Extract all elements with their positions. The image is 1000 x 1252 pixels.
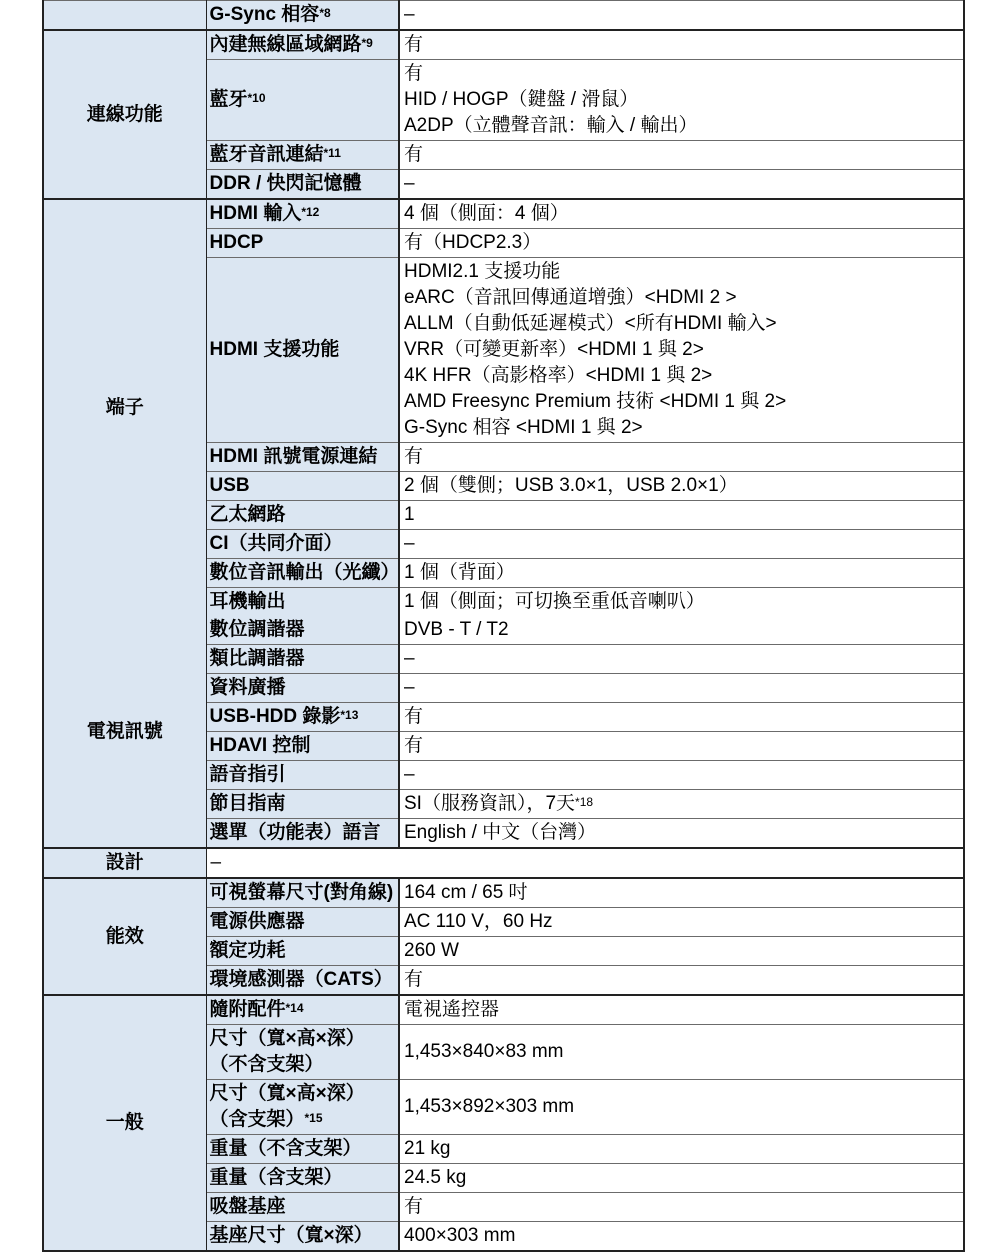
footnote-marker: *13 <box>340 708 358 722</box>
spec-name-cell: G-Sync 相容*8 <box>206 1 399 31</box>
spec-value-cell: 電視遙控器 <box>399 995 964 1025</box>
spec-value-text: – <box>404 675 959 701</box>
spec-value-text: 24.5 kg <box>404 1165 959 1191</box>
spec-value-cell: 有 <box>399 1193 964 1222</box>
category-label: 一般 <box>48 1110 202 1136</box>
category-label: 連線功能 <box>48 102 202 128</box>
footnote-marker: *8 <box>319 6 330 20</box>
spec-name-cell: 語音指引 <box>206 761 399 790</box>
category-cell: 連線功能 <box>43 30 206 199</box>
spec-value-text: – <box>404 531 959 557</box>
spec-name-cell: 藍牙*10 <box>206 60 399 141</box>
table-row: 設計– <box>43 848 964 878</box>
category-cell <box>43 1 206 31</box>
footnote-marker: *9 <box>362 36 373 50</box>
spec-value-text: – <box>404 2 959 28</box>
spec-name-cell: HDCP <box>206 229 399 258</box>
category-label: 電視訊號 <box>48 719 202 745</box>
footnote-marker: *14 <box>286 1001 304 1015</box>
spec-value-cell: – <box>399 1 964 31</box>
spec-name-cell: USB-HDD 錄影*13 <box>206 703 399 732</box>
category-cell: 設計 <box>43 848 206 878</box>
spec-value-text: 1 個（側面；可切換至重低音喇叭） <box>404 589 959 615</box>
spec-value-text: G-Sync 相容 <HDMI 1 與 2> <box>404 415 959 441</box>
spec-value-text: eARC（音訊回傳通道增強）<HDMI 2 > <box>404 285 959 311</box>
spec-value-text: 1 個（背面） <box>404 560 959 586</box>
spec-name-cell: 尺寸（寬×高×深）（含支架）*15 <box>206 1080 399 1135</box>
table-row: G-Sync 相容*8– <box>43 1 964 31</box>
spec-name-text: （含支架）*15 <box>210 1107 399 1133</box>
spec-value-cell: 有 <box>399 30 964 60</box>
spec-value-text: HID / HOGP（鍵盤 / 滑鼠） <box>404 87 959 113</box>
spec-value-text: ALLM（自動低延遲模式）<所有HDMI 輸入> <box>404 311 959 337</box>
spec-name-text: DDR / 快閃記憶體 <box>210 171 399 197</box>
spec-value-text: AMD Freesync Premium 技術 <HDMI 1 與 2> <box>404 389 959 415</box>
spec-value-text: 2 個（雙側；USB 3.0×1，USB 2.0×1） <box>404 473 959 499</box>
table-row: 電視訊號數位調諧器DVB - T / T2 <box>43 616 964 645</box>
spec-name-text: 可視螢幕尺寸(對角線) <box>210 880 399 906</box>
spec-value-text: English / 中文（台灣） <box>404 820 959 846</box>
spec-name-cell: 尺寸（寬×高×深）（不含支架） <box>206 1025 399 1080</box>
table-row: 連線功能內建無線區域網路*9有 <box>43 30 964 60</box>
spec-value-text: AC 110 V，60 Hz <box>404 909 959 935</box>
spec-value-cell: 260 W <box>399 937 964 966</box>
spec-value-text: 164 cm / 65 吋 <box>404 880 959 906</box>
category-cell: 能效 <box>43 878 206 995</box>
spec-name-text: USB <box>210 473 399 499</box>
spec-name-text: USB-HDD 錄影*13 <box>210 704 399 730</box>
spec-value-text: DVB - T / T2 <box>404 617 959 643</box>
spec-value-text: 1 <box>404 502 959 528</box>
spec-value-cell: – <box>399 761 964 790</box>
spec-value-cell: SI（服務資訊），7天*18 <box>399 790 964 819</box>
spec-merged-cell: – <box>206 848 964 878</box>
spec-name-text: 乙太網路 <box>210 502 399 528</box>
footnote-marker: *15 <box>305 1111 323 1125</box>
spec-name-text: 藍牙音訊連結*11 <box>210 142 399 168</box>
spec-value-cell: HDMI2.1 支援功能eARC（音訊回傳通道增強）<HDMI 2 >ALLM（… <box>399 258 964 443</box>
spec-value-cell: 有（HDCP2.3） <box>399 229 964 258</box>
spec-name-text: CI（共同介面） <box>210 531 399 557</box>
category-label: 設計 <box>48 850 202 876</box>
spec-name-text: 吸盤基座 <box>210 1194 399 1220</box>
footnote-marker: *11 <box>324 146 341 160</box>
spec-value-text: A2DP（立體聲音訊：輸入 / 輸出） <box>404 113 959 139</box>
spec-value-text: 有 <box>404 1194 959 1220</box>
spec-value-text: 有 <box>404 61 959 87</box>
spec-value-text: 有 <box>404 444 959 470</box>
spec-name-cell: 數位調諧器 <box>206 616 399 645</box>
spec-value-text: 260 W <box>404 938 959 964</box>
spec-name-cell: 重量（不含支架） <box>206 1135 399 1164</box>
spec-name-text: 重量（不含支架） <box>210 1136 399 1162</box>
spec-value-cell: 164 cm / 65 吋 <box>399 878 964 908</box>
spec-name-text: 隨附配件*14 <box>210 997 399 1023</box>
spec-value-cell: – <box>399 530 964 559</box>
spec-name-cell: DDR / 快閃記憶體 <box>206 170 399 200</box>
spec-value-cell: – <box>399 170 964 200</box>
spec-name-text: HDMI 輸入*12 <box>210 201 399 227</box>
spec-name-text: 選單（功能表）語言 <box>210 820 399 846</box>
spec-name-text: G-Sync 相容*8 <box>210 2 399 28</box>
spec-name-cell: 藍牙音訊連結*11 <box>206 141 399 170</box>
spec-name-text: 耳機輸出 <box>210 589 399 615</box>
spec-name-text: 內建無線區域網路*9 <box>210 32 399 58</box>
spec-value-cell: 4 個（側面：4 個） <box>399 199 964 229</box>
spec-name-cell: 環境感測器（CATS） <box>206 966 399 996</box>
spec-value-cell: 400×303 mm <box>399 1222 964 1252</box>
table-row: 端子HDMI 輸入*124 個（側面：4 個） <box>43 199 964 229</box>
spec-name-cell: 選單（功能表）語言 <box>206 819 399 849</box>
table-row: 能效可視螢幕尺寸(對角線)164 cm / 65 吋 <box>43 878 964 908</box>
spec-name-cell: 可視螢幕尺寸(對角線) <box>206 878 399 908</box>
spec-value-cell: 有HID / HOGP（鍵盤 / 滑鼠）A2DP（立體聲音訊：輸入 / 輸出） <box>399 60 964 141</box>
spec-name-text: HDCP <box>210 230 399 256</box>
spec-name-text: HDMI 支援功能 <box>210 337 399 363</box>
spec-value-text: 有 <box>404 32 959 58</box>
spec-value-text: SI（服務資訊），7天*18 <box>404 791 959 817</box>
spec-value-cell: 有 <box>399 966 964 996</box>
spec-name-cell: HDMI 支援功能 <box>206 258 399 443</box>
spec-value-text: 有 <box>404 967 959 993</box>
spec-name-text: 數位音訊輸出（光纖） <box>210 560 399 586</box>
spec-value-text: 有 <box>404 733 959 759</box>
spec-name-text: （不含支架） <box>210 1052 399 1078</box>
spec-value-cell: 1,453×840×83 mm <box>399 1025 964 1080</box>
spec-value-cell: AC 110 V，60 Hz <box>399 908 964 937</box>
spec-name-cell: 額定功耗 <box>206 937 399 966</box>
spec-name-text: 類比調諧器 <box>210 646 399 672</box>
spec-value-cell: DVB - T / T2 <box>399 616 964 645</box>
category-cell: 一般 <box>43 995 206 1251</box>
spec-name-text: 環境感測器（CATS） <box>210 967 399 993</box>
spec-value-cell: 有 <box>399 732 964 761</box>
spec-value-cell: English / 中文（台灣） <box>399 819 964 849</box>
spec-name-cell: HDMI 輸入*12 <box>206 199 399 229</box>
category-cell: 電視訊號 <box>43 616 206 848</box>
spec-name-cell: 隨附配件*14 <box>206 995 399 1025</box>
spec-name-cell: 乙太網路 <box>206 501 399 530</box>
spec-value-text: 1,453×840×83 mm <box>404 1039 959 1065</box>
spec-name-text: 語音指引 <box>210 762 399 788</box>
spec-value-text: 400×303 mm <box>404 1223 959 1249</box>
spec-name-text: 額定功耗 <box>210 938 399 964</box>
spec-name-text: 電源供應器 <box>210 909 399 935</box>
spec-value-cell: 1 個（側面；可切換至重低音喇叭） <box>399 588 964 617</box>
table-row: 一般隨附配件*14電視遙控器 <box>43 995 964 1025</box>
spec-name-cell: HDMI 訊號電源連結 <box>206 443 399 472</box>
spec-value-text: 4K HFR（高影格率）<HDMI 1 與 2> <box>404 363 959 389</box>
spec-value-text: 有（HDCP2.3） <box>404 230 959 256</box>
spec-name-cell: CI（共同介面） <box>206 530 399 559</box>
spec-name-cell: 耳機輸出 <box>206 588 399 617</box>
spec-table: G-Sync 相容*8–連線功能內建無線區域網路*9有藍牙*10有HID / H… <box>42 0 965 1252</box>
spec-name-cell: 資料廣播 <box>206 674 399 703</box>
spec-value-text: 4 個（側面：4 個） <box>404 201 959 227</box>
category-label: 能效 <box>48 924 202 950</box>
spec-name-cell: 類比調諧器 <box>206 645 399 674</box>
spec-value-cell: – <box>399 645 964 674</box>
spec-value-cell: 21 kg <box>399 1135 964 1164</box>
spec-name-text: 節目指南 <box>210 791 399 817</box>
spec-name-cell: 基座尺寸（寬×深） <box>206 1222 399 1252</box>
spec-name-cell: 吸盤基座 <box>206 1193 399 1222</box>
spec-value-cell: 有 <box>399 141 964 170</box>
spec-name-cell: 節目指南 <box>206 790 399 819</box>
spec-value-text: VRR（可變更新率）<HDMI 1 與 2> <box>404 337 959 363</box>
spec-value-cell: 1,453×892×303 mm <box>399 1080 964 1135</box>
category-label: 端子 <box>48 395 202 421</box>
spec-value-cell: 有 <box>399 443 964 472</box>
spec-value-cell: 2 個（雙側；USB 3.0×1，USB 2.0×1） <box>399 472 964 501</box>
spec-name-cell: 電源供應器 <box>206 908 399 937</box>
spec-value-text: 21 kg <box>404 1136 959 1162</box>
spec-name-text: 重量（含支架） <box>210 1165 399 1191</box>
spec-value-cell: – <box>399 674 964 703</box>
spec-value-text: 有 <box>404 704 959 730</box>
spec-name-text: 藍牙*10 <box>210 87 399 113</box>
spec-value-text: – <box>404 646 959 672</box>
spec-name-text: HDMI 訊號電源連結 <box>210 444 399 470</box>
spec-name-cell: HDAVI 控制 <box>206 732 399 761</box>
spec-value-text: 1,453×892×303 mm <box>404 1094 959 1120</box>
spec-page: G-Sync 相容*8–連線功能內建無線區域網路*9有藍牙*10有HID / H… <box>0 0 1000 1252</box>
spec-name-cell: 數位音訊輸出（光纖） <box>206 559 399 588</box>
category-cell: 端子 <box>43 199 206 616</box>
footnote-marker: *10 <box>248 91 266 105</box>
spec-name-text: 尺寸（寬×高×深） <box>210 1026 399 1052</box>
spec-table-body: G-Sync 相容*8–連線功能內建無線區域網路*9有藍牙*10有HID / H… <box>43 1 964 1252</box>
spec-value-cell: 1 <box>399 501 964 530</box>
spec-value-text: – <box>404 762 959 788</box>
spec-name-cell: 內建無線區域網路*9 <box>206 30 399 60</box>
spec-name-cell: USB <box>206 472 399 501</box>
footnote-marker: *18 <box>575 795 593 809</box>
spec-value-text: – <box>211 850 960 876</box>
spec-value-text: 電視遙控器 <box>404 997 959 1023</box>
spec-value-text: 有 <box>404 142 959 168</box>
spec-name-cell: 重量（含支架） <box>206 1164 399 1193</box>
footnote-marker: *12 <box>301 205 319 219</box>
spec-name-text: 尺寸（寬×高×深） <box>210 1081 399 1107</box>
spec-value-cell: 1 個（背面） <box>399 559 964 588</box>
spec-name-text: 資料廣播 <box>210 675 399 701</box>
spec-value-text: – <box>404 171 959 197</box>
spec-name-text: 數位調諧器 <box>210 617 399 643</box>
spec-value-cell: 有 <box>399 703 964 732</box>
spec-value-text: HDMI2.1 支援功能 <box>404 259 959 285</box>
spec-value-cell: 24.5 kg <box>399 1164 964 1193</box>
spec-name-text: 基座尺寸（寬×深） <box>210 1223 399 1249</box>
spec-name-text: HDAVI 控制 <box>210 733 399 759</box>
